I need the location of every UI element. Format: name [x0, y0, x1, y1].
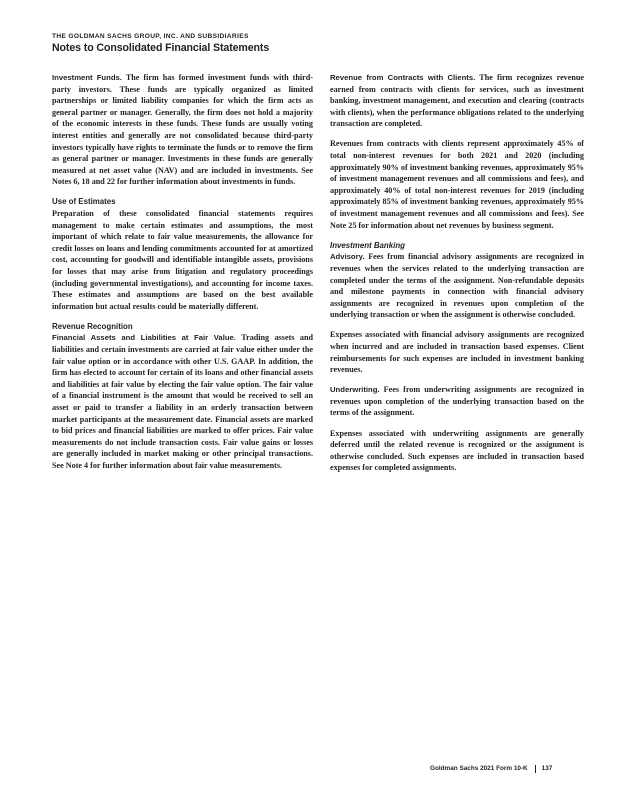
use-of-estimates-paragraph: Preparation of these consolidated financ…: [52, 208, 313, 312]
publication-name: Goldman Sachs 2021 Form 10-K: [430, 764, 528, 773]
page-footer: Goldman Sachs 2021 Form 10-K 137: [430, 764, 590, 773]
underwriting-paragraph: Underwriting. Fees from underwriting ass…: [330, 384, 584, 419]
page-header: The Goldman Sachs Group, Inc. and Subsid…: [52, 33, 572, 54]
company-name: The Goldman Sachs Group, Inc. and Subsid…: [52, 33, 572, 41]
underwriting-expenses-paragraph: Expenses associated with underwriting as…: [330, 428, 584, 474]
run-in-heading: Revenue from Contracts with Clients.: [330, 73, 475, 82]
run-in-heading: Financial Assets and Liabilities at Fair…: [52, 333, 236, 342]
advisory-expenses-paragraph: Expenses associated with financial advis…: [330, 329, 584, 375]
paragraph-text: The firm has formed investment funds wit…: [52, 73, 313, 186]
section-heading-use-of-estimates: Use of Estimates: [52, 196, 313, 208]
left-column: Investment Funds. The firm has formed in…: [52, 72, 313, 480]
right-column: Revenue from Contracts with Clients. The…: [330, 72, 584, 482]
section-heading-investment-banking: Investment Banking: [330, 240, 584, 252]
page-number: 137: [542, 764, 553, 773]
page-title: Notes to Consolidated Financial Statemen…: [52, 42, 572, 54]
footer-divider: [535, 765, 536, 773]
fair-value-paragraph: Financial Assets and Liabilities at Fair…: [52, 332, 313, 471]
contracts-with-clients-paragraph: Revenue from Contracts with Clients. The…: [330, 72, 584, 130]
revenue-percentages-paragraph: Revenues from contracts with clients rep…: [330, 138, 584, 231]
run-in-heading: Investment Funds.: [52, 73, 122, 82]
run-in-heading: Underwriting.: [330, 385, 380, 394]
paragraph-text: Fees from financial advisory assignments…: [330, 252, 584, 319]
section-heading-revenue-recognition: Revenue Recognition: [52, 321, 313, 333]
paragraph-text: Trading assets and liabilities and certa…: [52, 333, 313, 470]
advisory-paragraph: Advisory. Fees from financial advisory a…: [330, 251, 584, 321]
run-in-heading: Advisory.: [330, 252, 364, 261]
investment-funds-paragraph: Investment Funds. The firm has formed in…: [52, 72, 313, 188]
